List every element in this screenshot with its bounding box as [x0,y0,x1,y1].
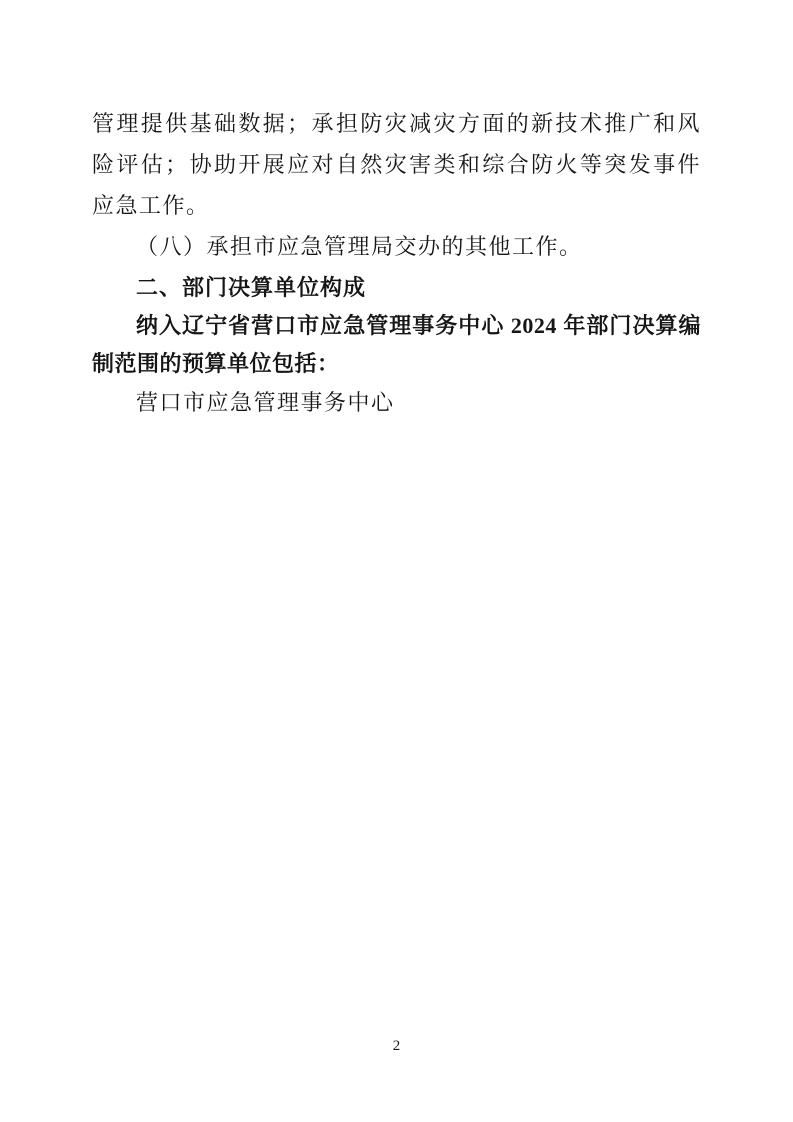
section-heading-unit-composition: 二、部门决算单位构成 [92,269,701,307]
paragraph-duties-continuation: 管理提供基础数据；承担防灾减灾方面的新技术推广和风险评估；协助开展应对自然灾害类… [92,103,701,226]
paragraph-unit-name: 营口市应急管理事务中心 [92,384,701,422]
document-page: 管理提供基础数据；承担防灾减灾方面的新技术推广和风险评估；协助开展应对自然灾害类… [0,0,793,1122]
page-number: 2 [0,1036,793,1056]
paragraph-budget-scope: 纳入辽宁省营口市应急管理事务中心 2024 年部门决算编制范围的预算单位包括： [92,307,701,383]
paragraph-duty-item-8: （八）承担市应急管理局交办的其他工作。 [92,226,701,267]
document-body: 管理提供基础数据；承担防灾减灾方面的新技术推广和风险评估；协助开展应对自然灾害类… [92,103,701,422]
